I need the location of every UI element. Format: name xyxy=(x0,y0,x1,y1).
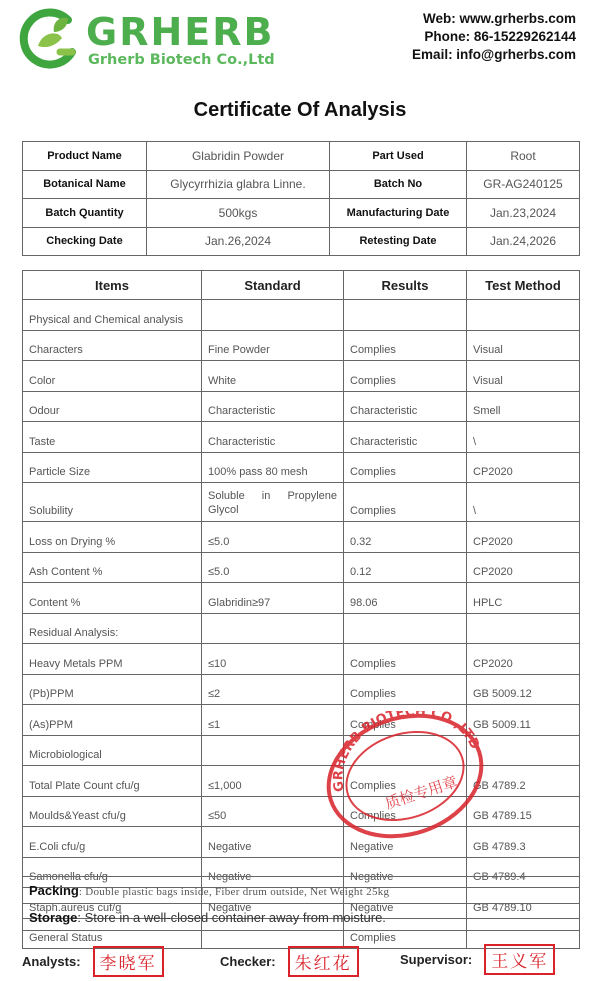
result-cell: Complies xyxy=(344,644,467,675)
method-cell: CP2020 xyxy=(467,452,580,483)
method-cell: HPLC xyxy=(467,583,580,614)
info-value: Jan.24,2026 xyxy=(467,227,580,256)
product-info-table: Product NameGlabridin PowderPart UsedRoo… xyxy=(22,141,580,256)
contact-info: Web: www.grherbs.com Phone: 86-152292621… xyxy=(412,10,576,64)
method-cell xyxy=(467,613,580,644)
header-standard: Standard xyxy=(202,271,344,300)
standard-cell: ≤2 xyxy=(202,674,344,705)
method-cell: \ xyxy=(467,422,580,453)
table-row: ColorWhiteCompliesVisual xyxy=(23,361,580,392)
standard-cell: Glabridin≥97 xyxy=(202,583,344,614)
table-row: SolubilitySoluble in Propylene GlycolCom… xyxy=(23,483,580,522)
analysts-seal: 李晓军 xyxy=(93,946,164,977)
brand-name: GRHERB xyxy=(86,10,274,54)
checker-seal: 朱红花 xyxy=(288,946,359,977)
info-label: Batch Quantity xyxy=(23,199,147,228)
table-row: CharactersFine PowderCompliesVisual xyxy=(23,330,580,361)
method-cell: CP2020 xyxy=(467,644,580,675)
supervisor-label: Supervisor: xyxy=(400,952,472,967)
info-label: Manufacturing Date xyxy=(330,199,467,228)
info-row: Batch Quantity500kgsManufacturing DateJa… xyxy=(23,199,580,228)
item-cell: Ash Content % xyxy=(23,552,202,583)
info-value: GR-AG240125 xyxy=(467,170,580,199)
result-cell: 0.12 xyxy=(344,552,467,583)
phone: Phone: 86-15229262144 xyxy=(412,28,576,46)
item-cell: Residual Analysis: xyxy=(23,613,202,644)
result-cell: Complies xyxy=(344,796,467,827)
supervisor-seal: 王义军 xyxy=(484,944,555,975)
item-cell: Taste xyxy=(23,422,202,453)
item-cell: Solubility xyxy=(23,483,202,522)
result-cell: Complies xyxy=(344,452,467,483)
method-cell: Visual xyxy=(467,361,580,392)
table-row: Particle Size100% pass 80 meshCompliesCP… xyxy=(23,452,580,483)
info-value: Jan.23,2024 xyxy=(467,199,580,228)
result-cell: Negative xyxy=(344,827,467,858)
supervisor-signature: Supervisor: 王义军 xyxy=(400,944,555,975)
method-cell xyxy=(467,735,580,766)
info-value: Glabridin Powder xyxy=(147,142,330,171)
standard-cell: 100% pass 80 mesh xyxy=(202,452,344,483)
info-label: Checking Date xyxy=(23,227,147,256)
result-cell xyxy=(344,735,467,766)
method-cell xyxy=(467,300,580,331)
standard-cell xyxy=(202,613,344,644)
info-value: 500kgs xyxy=(147,199,330,228)
info-value: Root xyxy=(467,142,580,171)
standard-cell: ≤10 xyxy=(202,644,344,675)
item-cell: Particle Size xyxy=(23,452,202,483)
table-row: (Pb)PPM≤2CompliesGB 5009.12 xyxy=(23,674,580,705)
table-row: Microbiological xyxy=(23,735,580,766)
result-cell: Characteristic xyxy=(344,422,467,453)
analysts-label: Analysts: xyxy=(22,954,81,969)
result-cell: Complies xyxy=(344,483,467,522)
analysis-table: Items Standard Results Test Method Physi… xyxy=(22,270,580,949)
info-value: Jan.26,2024 xyxy=(147,227,330,256)
checker-label: Checker: xyxy=(220,954,276,969)
item-cell: E.Coli cfu/g xyxy=(23,827,202,858)
result-cell: Characteristic xyxy=(344,391,467,422)
info-row: Product NameGlabridin PowderPart UsedRoo… xyxy=(23,142,580,171)
item-cell: Physical and Chemical analysis xyxy=(23,300,202,331)
result-cell: Complies xyxy=(344,330,467,361)
item-cell: Characters xyxy=(23,330,202,361)
standard-cell: Fine Powder xyxy=(202,330,344,361)
table-row: E.Coli cfu/gNegativeNegativeGB 4789.3 xyxy=(23,827,580,858)
standard-cell: ≤1,000 xyxy=(202,766,344,797)
analysts-signature: Analysts: 李晓军 xyxy=(22,946,164,977)
info-label: Product Name xyxy=(23,142,147,171)
info-row: Botanical NameGlycyrrhizia glabra Linne.… xyxy=(23,170,580,199)
table-row: TasteCharacteristicCharacteristic\ xyxy=(23,422,580,453)
table-row: Total Plate Count cfu/g≤1,000CompliesGB … xyxy=(23,766,580,797)
standard-text: Soluble in Propylene Glycol xyxy=(208,489,343,517)
result-cell: Complies xyxy=(344,766,467,797)
info-label: Batch No xyxy=(330,170,467,199)
info-row: Checking DateJan.26,2024Retesting DateJa… xyxy=(23,227,580,256)
storage-text: : Store in a well-closed container away … xyxy=(77,910,386,925)
packing-storage-table: Packing: Double plastic bags inside, Fib… xyxy=(22,876,580,931)
standard-cell: ≤1 xyxy=(202,705,344,736)
result-cell: Complies xyxy=(344,674,467,705)
standard-cell: Characteristic xyxy=(202,422,344,453)
table-row: Heavy Metals PPM≤10CompliesCP2020 xyxy=(23,644,580,675)
header-items: Items xyxy=(23,271,202,300)
header-test-method: Test Method xyxy=(467,271,580,300)
info-label: Botanical Name xyxy=(23,170,147,199)
result-cell xyxy=(344,613,467,644)
packing-label: Packing xyxy=(29,883,79,898)
result-cell: Complies xyxy=(344,361,467,392)
table-row: Ash Content %≤5.00.12CP2020 xyxy=(23,552,580,583)
table-row: Residual Analysis: xyxy=(23,613,580,644)
item-cell: Heavy Metals PPM xyxy=(23,644,202,675)
packing-text: : Double plastic bags inside, Fiber drum… xyxy=(79,886,389,898)
table-header-row: Items Standard Results Test Method xyxy=(23,271,580,300)
table-row: OdourCharacteristicCharacteristicSmell xyxy=(23,391,580,422)
info-label: Retesting Date xyxy=(330,227,467,256)
company-logo: GRHERB Grherb Biotech Co.,Ltd xyxy=(18,8,278,68)
website: Web: www.grherbs.com xyxy=(412,10,576,28)
standard-cell xyxy=(202,300,344,331)
method-cell: Smell xyxy=(467,391,580,422)
item-cell: Content % xyxy=(23,583,202,614)
item-cell: Odour xyxy=(23,391,202,422)
item-cell: Moulds&Yeast cfu/g xyxy=(23,796,202,827)
standard-cell: ≤5.0 xyxy=(202,522,344,553)
checker-signature: Checker: 朱红花 xyxy=(220,946,359,977)
item-cell: (As)PPM xyxy=(23,705,202,736)
method-cell: CP2020 xyxy=(467,522,580,553)
standard-cell: Characteristic xyxy=(202,391,344,422)
result-cell: 0.32 xyxy=(344,522,467,553)
table-row: Physical and Chemical analysis xyxy=(23,300,580,331)
table-row: Content %Glabridin≥9798.06HPLC xyxy=(23,583,580,614)
method-cell: GB 5009.12 xyxy=(467,674,580,705)
header-results: Results xyxy=(344,271,467,300)
standard-cell: ≤5.0 xyxy=(202,552,344,583)
email: Email: info@grherbs.com xyxy=(412,46,576,64)
storage-label: Storage xyxy=(29,910,77,925)
table-row: (As)PPM≤1CompliesGB 5009.11 xyxy=(23,705,580,736)
leaf-logo-icon xyxy=(18,8,82,70)
table-row: Moulds&Yeast cfu/g≤50CompliesGB 4789.15 xyxy=(23,796,580,827)
standard-cell: White xyxy=(202,361,344,392)
item-cell: Microbiological xyxy=(23,735,202,766)
standard-cell: ≤50 xyxy=(202,796,344,827)
method-cell: GB 5009.11 xyxy=(467,705,580,736)
result-cell: Complies xyxy=(344,705,467,736)
standard-cell: Negative xyxy=(202,827,344,858)
packing-row: Packing: Double plastic bags inside, Fib… xyxy=(23,877,580,904)
standard-cell xyxy=(202,735,344,766)
standard-cell: Soluble in Propylene Glycol xyxy=(202,483,344,522)
company-name: Grherb Biotech Co.,Ltd xyxy=(88,52,275,68)
method-cell: CP2020 xyxy=(467,552,580,583)
method-cell: GB 4789.3 xyxy=(467,827,580,858)
result-cell xyxy=(344,300,467,331)
item-cell: (Pb)PPM xyxy=(23,674,202,705)
result-cell: 98.06 xyxy=(344,583,467,614)
item-cell: Loss on Drying % xyxy=(23,522,202,553)
info-value: Glycyrrhizia glabra Linne. xyxy=(147,170,330,199)
item-cell: Total Plate Count cfu/g xyxy=(23,766,202,797)
method-cell: GB 4789.15 xyxy=(467,796,580,827)
page-title: Certificate Of Analysis xyxy=(0,99,600,122)
item-cell: Color xyxy=(23,361,202,392)
table-row: Loss on Drying %≤5.00.32CP2020 xyxy=(23,522,580,553)
storage-row: Storage: Store in a well-closed containe… xyxy=(23,904,580,931)
method-cell: \ xyxy=(467,483,580,522)
method-cell: Visual xyxy=(467,330,580,361)
info-label: Part Used xyxy=(330,142,467,171)
method-cell: GB 4789.2 xyxy=(467,766,580,797)
